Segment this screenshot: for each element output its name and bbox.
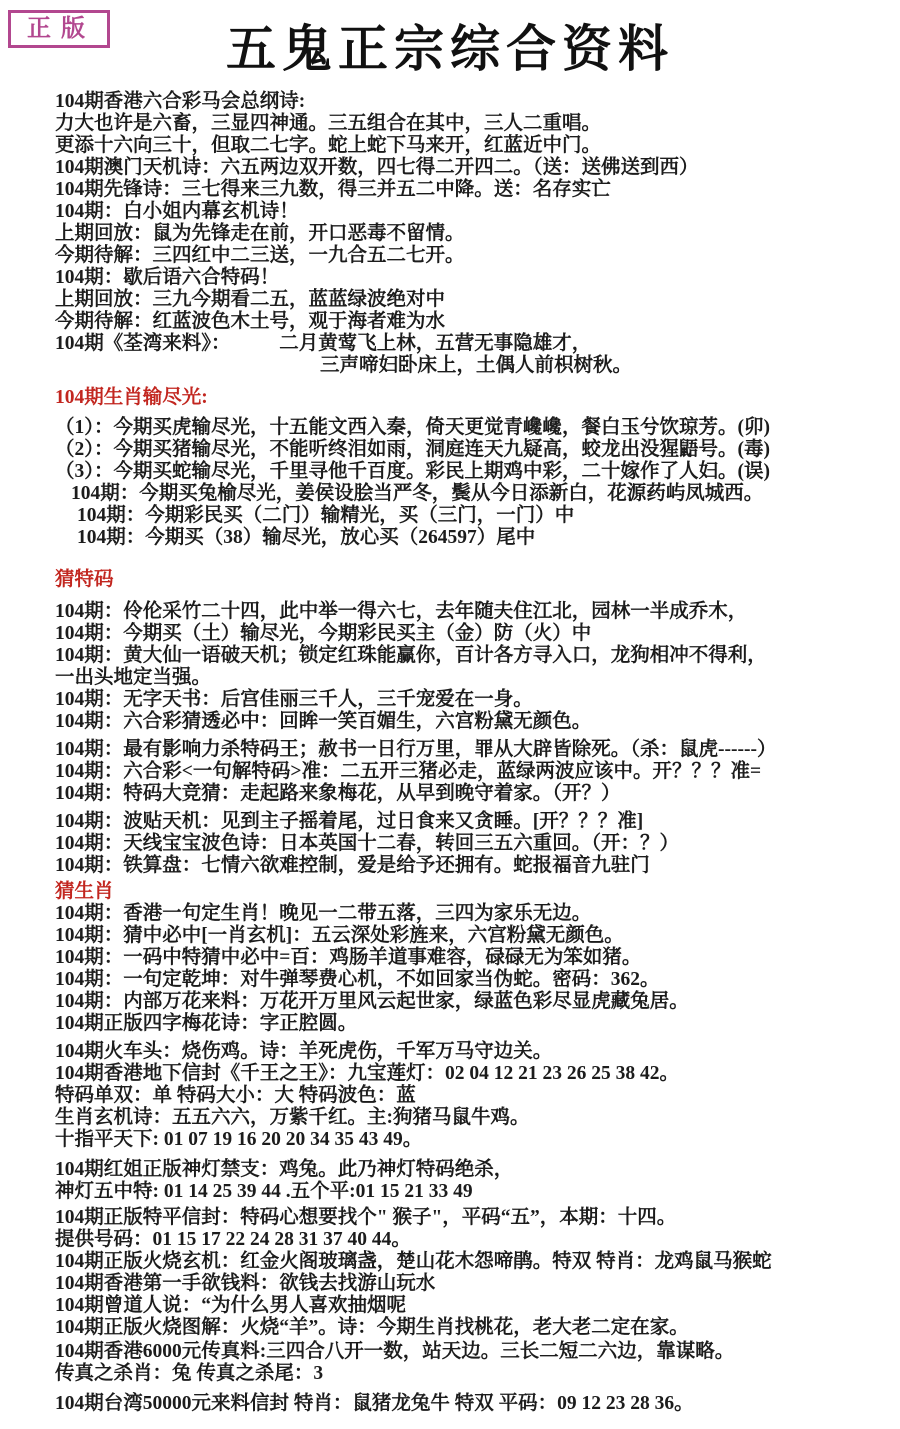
text-line-50: 104期正版火烧玄机：红金火阁玻璃盏，楚山花木怨啼鹃。特双 特肖：龙鸡鼠马猴蛇 [55, 1251, 890, 1273]
text-line-24: 104期：黄大仙一语破天机；锁定红珠能赢你，百计各方寻入口，龙狗相冲不得利， [55, 645, 890, 667]
text-line-6: 104期：白小姐内幕玄机诗！ [55, 201, 890, 223]
text-line-46: 104期红姐正版神灯禁支：鸡兔。此乃神灯特码绝杀， [55, 1159, 890, 1181]
section-heading-shengxiao-shujinguang: 104期生肖输尽光: [55, 387, 890, 409]
text-line-51: 104期香港第一手欲钱料：欲钱去找游山玩水 [55, 1273, 890, 1295]
text-line-44: 生肖玄机诗：五五六六，万紫千红。主:狗猪马鼠牛鸡。 [55, 1107, 890, 1129]
text-line-43: 特码单双：单 特码大小：大 特码波色：蓝 [55, 1085, 890, 1107]
text-line-12: 104期《荃湾来料》： 二月黄莺飞上林，五营无事隐雄才， [55, 333, 890, 355]
text-line-5: 104期先锋诗：三七得来三九数，得三并五二中降。送：名存实亡 [55, 179, 890, 201]
text-line-49: 提供号码：01 15 17 22 24 28 31 37 40 44。 [55, 1229, 890, 1251]
text-line-7: 上期回放：鼠为先锋走在前，开口恶毒不留情。 [55, 223, 890, 245]
section-heading-cai-tema: 猜特码 [55, 569, 890, 591]
text-line-30: 104期：特码大竞猜：走起路来象梅花，从早到晚守着家。（开？） [55, 783, 890, 805]
text-line-42: 104期香港地下信封《千王之王》：九宝莲灯：02 04 12 21 23 26 … [55, 1063, 890, 1085]
text-line-31: 104期：波贴天机：见到主子摇着尾，过日食来又贪睡。[开？？？准] [55, 811, 890, 833]
text-line-36: 104期：猜中必中[一肖玄机]：五云深处彩旌来，六宫粉黛无颜色。 [55, 925, 890, 947]
text-line-20: 104期：今期买（38）输尽光，放心买（264597）尾中 [55, 527, 890, 549]
text-line-15: （1）：今期买虎输尽光，十五能文西入秦，倚天更觉青巉巉，餐白玉兮饮琼芳。(卯) [55, 417, 890, 439]
text-line-32: 104期：天线宝宝波色诗：日本英国十二春，转回三五六重回。（开：？） [55, 833, 890, 855]
text-line-19: 104期：今期彩民买（二门）输精光，买（三门，一门）中 [55, 505, 890, 527]
text-line-26: 104期：无字天书：后宫佳丽三千人，三千宠爱在一身。 [55, 689, 890, 711]
text-line-52: 104期曾道人说：“为什么男人喜欢抽烟呢 [55, 1295, 890, 1317]
text-line-41: 104期火车头：烧伤鸡。诗：羊死虎伤，千军万马守边关。 [55, 1041, 890, 1063]
page: 正版 五鬼正宗综合资料 104期香港六合彩马会总纲诗:力大也许是六畜，三显四神通… [0, 0, 900, 1429]
text-line-39: 104期：内部万花来料：万花开万里风云起世家，绿蓝色彩尽显虎藏兔居。 [55, 991, 890, 1013]
text-line-1: 104期香港六合彩马会总纲诗: [55, 91, 890, 113]
text-line-55: 传真之杀肖：兔 传真之杀尾：3 [55, 1363, 890, 1385]
text-line-4: 104期澳门天机诗：六五两边双开数，四七得二开四二。（送：送佛送到西） [55, 157, 890, 179]
text-line-27: 104期：六合彩猜透必中：回眸一笑百媚生，六宫粉黛无颜色。 [55, 711, 890, 733]
text-line-18: 104期：今期买兔榆尽光，姜侯设脍当严冬，鬓从今日添新白，花源药屿凤城西。 [55, 483, 890, 505]
text-line-53: 104期正版火烧图解：火烧“羊”。诗：今期生肖找桃花，老大老二定在家。 [55, 1317, 890, 1339]
text-line-10: 上期回放：三九今期看二五，蓝蓝绿波绝对中 [55, 289, 890, 311]
text-line-33: 104期：铁算盘：七情六欲难控制，爱是给予还拥有。蛇报福音九驻门 [55, 855, 890, 877]
content-lines: 104期香港六合彩马会总纲诗:力大也许是六畜，三显四神通。三五组合在其中，三人二… [0, 91, 900, 1415]
text-line-45: 十指平天下: 01 07 19 16 20 20 34 35 43 49。 [55, 1129, 890, 1151]
text-line-37: 104期：一码中特猜中必中=百：鸡肠羊道事难容，碌碌无为笨如猪。 [55, 947, 890, 969]
text-line-17: （3）：今期买蛇输尽光，千里寻他千百度。彩民上期鸡中彩，二十嫁作了人妇。(误) [55, 461, 890, 483]
text-line-13: 三声啼妇卧床上，土偶人前枳树秋。 [55, 355, 890, 377]
text-line-23: 104期：今期买（土）输尽光，今期彩民买主（金）防（火）中 [55, 623, 890, 645]
edition-badge: 正版 [8, 10, 110, 48]
text-line-9: 104期：歇后语六合特码！ [55, 267, 890, 289]
text-line-28: 104期：最有影响力杀特码王；赦书一日行万里，罪从大辟皆除死。（杀：鼠虎----… [55, 739, 890, 761]
text-line-47: 神灯五中特: 01 14 25 39 44 .五个平:01 15 21 33 4… [55, 1181, 890, 1203]
text-line-56: 104期台湾50000元来料信封 特肖：鼠猪龙兔牛 特双 平码：09 12 23… [55, 1393, 890, 1415]
text-line-25: 一出头地定当强。 [55, 667, 890, 689]
text-line-8: 今期待解：三四红中二三送，一九合五二七开。 [55, 245, 890, 267]
edition-badge-label: 正版 [27, 16, 95, 42]
page-title: 五鬼正宗综合资料 [0, 14, 900, 77]
text-line-3: 更添十六向三十，但取二七字。蛇上蛇下马来开，红蓝近中门。 [55, 135, 890, 157]
section-heading-cai-shengxiao: 猜生肖 [55, 881, 890, 903]
text-line-48: 104期正版特平信封：特码心想要找个" 猴子"，平码“五”，本期：十四。 [55, 1207, 890, 1229]
text-line-16: （2）：今期买猪输尽光，不能听终泪如雨，洞庭连天九疑高，蛟龙出没猩鼯号。(毒) [55, 439, 890, 461]
text-line-38: 104期：一句定乾坤：对牛弹琴费心机，不如回家当伪蛇。密码：362。 [55, 969, 890, 991]
text-line-2: 力大也许是六畜，三显四神通。三五组合在其中，三人二重唱。 [55, 113, 890, 135]
text-line-22: 104期：伶伦采竹二十四，此中举一得六七，去年随夫住江北，园林一半成乔木， [55, 601, 890, 623]
text-line-11: 今期待解：红蓝波色木土号，观于海者难为水 [55, 311, 890, 333]
text-line-54: 104期香港6000元传真料:三四合八开一数，站天边。三长二短二六边，靠谋略。 [55, 1341, 890, 1363]
text-line-29: 104期：六合彩<一句解特码>准：二五开三猪必走，蓝绿两波应该中。开？？？准= [55, 761, 890, 783]
text-line-35: 104期：香港一句定生肖！晚见一二带五落，三四为家乐无边。 [55, 903, 890, 925]
text-line-40: 104期正版四字梅花诗：字正腔圆。 [55, 1013, 890, 1035]
